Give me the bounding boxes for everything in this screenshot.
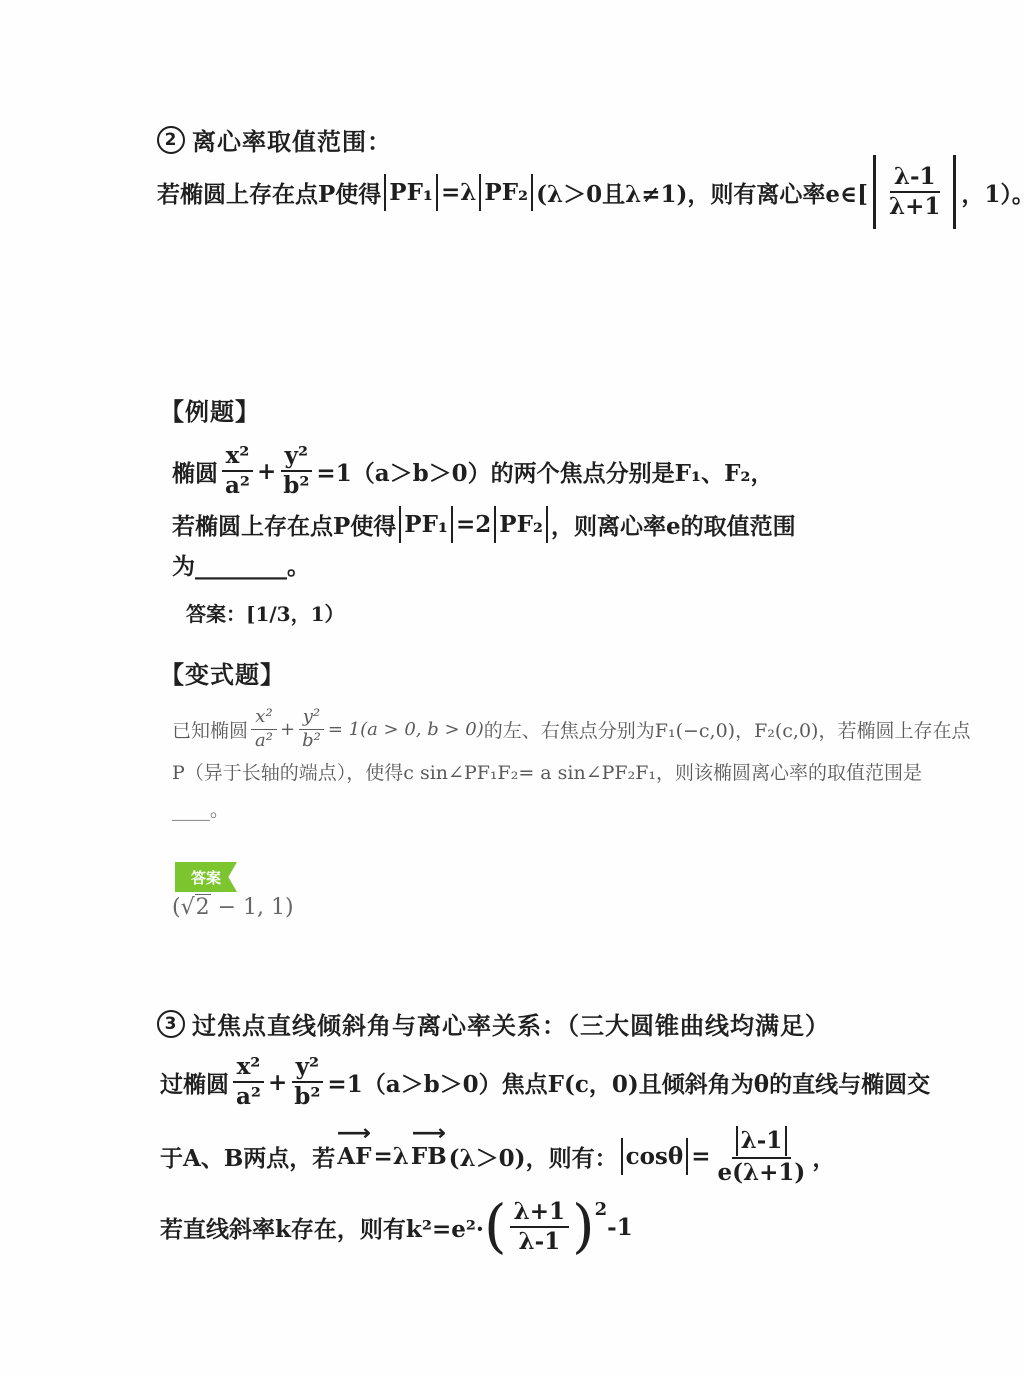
fraction-denominator: a² [251,730,277,751]
sqrt-radicand: 2 [195,894,211,920]
lambda-condition-text: (λ＞0且λ≠1)， [536,176,710,209]
vector-arrow-icon: ⟶ [337,1123,371,1145]
fraction-denominator: λ-1 [514,1228,564,1255]
lambda-fraction: λ+1 λ-1 [510,1199,569,1255]
abs-pf1: PF₁ [384,174,438,211]
range-tail-text: ，1）。 [961,176,1024,209]
fraction-numerator: λ-1 [732,1126,792,1159]
section-3-heading: 3 过焦点直线倾斜角与离心率关系：（三大圆锥曲线均满足） [157,1006,830,1041]
lambda-fraction: λ-1 λ+1 [885,164,944,220]
plus-sign: + [268,1069,287,1096]
fraction-denominator: a² [232,1083,265,1110]
fraction-numerator: x² [251,707,276,729]
fraction-denominator: a² [221,472,254,499]
document-page: 2 离心率取值范围： 若椭圆上存在点P使得 PF₁ =λ PF₂ (λ＞0且λ≠… [0,0,1024,1376]
focus-line-text: =1（a＞b＞0）焦点F(c，0)且倾斜角为θ的直线与椭圆交 [327,1066,930,1099]
variant-header: 【变式题】 [160,655,285,690]
variant-line-1: 已知椭圆 x² a² + y² b² = 1(a > 0, b > 0) 的左、… [172,700,970,758]
vector-af-base: AF [337,1143,371,1170]
answer-rest: − 1, 1) [218,895,294,920]
equals-sign: = [691,1143,710,1170]
y-fraction: y² b² [298,707,325,750]
formula-pre-text: 若椭圆上存在点P使得 [157,176,381,209]
known-ellipse-text: 已知椭圆 [172,716,248,743]
variant-line-2: P（异于长轴的端点），使得c sin∠PF₁F₂= a sin∠PF₂F₁，则该… [172,758,922,785]
fraction-denominator: λ+1 [885,193,944,220]
big-open-paren: ( [484,1205,507,1249]
fraction-denominator: e(λ+1) [714,1159,810,1186]
sqrt-symbol: √ [181,895,195,920]
slope-k-text: 若直线斜率k存在，则有k²=e²· [160,1211,484,1244]
two-points-text: 于A、B两点，若 [160,1140,335,1173]
abs-pf2: PF₂ [494,506,548,543]
fraction-denominator: b² [279,472,313,499]
fraction-numerator: x² [233,1054,265,1083]
answer-open-paren: ( [172,895,181,920]
example-line-2: 若椭圆上存在点P使得 PF₁ =2 PF₂ ，则离心率e的取值范围 [172,502,796,546]
example-answer: 答案：[1/3，1） [186,598,345,627]
fraction-numerator: λ+1 [510,1199,569,1228]
minus-one-text: -1 [607,1214,633,1241]
vector-arrow-icon: ⟶ [412,1123,446,1145]
y-fraction: y² b² [290,1054,324,1110]
big-close-paren: ) [572,1205,595,1249]
section-2-formula-line: 若椭圆上存在点P使得 PF₁ =λ PF₂ (λ＞0且λ≠1)， 则有离心率e∈… [157,148,1024,236]
through-ellipse-text: 过椭圆 [160,1066,229,1099]
answer-badge: 答案 [175,862,237,892]
abs-pf2: PF₂ [479,174,533,211]
section-3-line-3: 若直线斜率k存在，则有k²=e²· ( λ+1 λ-1 ) 2 -1 [160,1192,633,1262]
fraction-denominator: b² [290,1083,324,1110]
equation-condition: = 1(a > 0, b > 0) [328,719,484,740]
variant-blank-line: ____。 [172,795,229,822]
foci-description-text: 的左、右焦点分别为F₁(−c,0)，F₂(c,0)，若椭圆上存在点 [484,716,971,743]
fraction-numerator: x² [222,443,254,472]
example-line-1: 椭圆 x² a² + y² b² =1（a＞b＞0）的两个焦点分别是F₁、F₂， [172,435,774,507]
squared-exponent: 2 [595,1199,608,1220]
y-fraction: y² b² [279,443,313,499]
vector-af: ⟶ AF [337,1143,371,1170]
fraction-numerator: y² [299,707,324,729]
fraction-denominator: b² [298,730,325,751]
fraction-numerator: y² [292,1054,323,1083]
example-blank-line: 为________。 [172,548,310,581]
abs-lambda-minus-1: λ-1 [736,1126,788,1156]
section-3-line-1: 过椭圆 x² a² + y² b² =1（a＞b＞0）焦点F(c，0)且倾斜角为… [160,1045,930,1119]
x-fraction: x² a² [251,707,277,750]
fraction-numerator: y² [281,443,312,472]
foci-text: =1（a＞b＞0）的两个焦点分别是F₁、F₂， [316,455,773,488]
abs-pf1: PF₁ [399,506,453,543]
lambda-positive-text: (λ＞0)，则有： [449,1140,618,1173]
eccentricity-range-text: 则有离心率e∈[ [710,176,868,209]
section-3-title: 过焦点直线倾斜角与离心率关系：（三大圆锥曲线均满足） [192,1006,830,1041]
abs-fraction-wrapper: λ-1 λ+1 [873,155,956,229]
circled-number-3-icon: 3 [157,1010,185,1038]
section-3-line-2: 于A、B两点，若 ⟶ AF =λ ⟶ FB (λ＞0)，则有： cosθ = λ… [160,1118,835,1194]
plus-sign: + [280,719,295,740]
variant-answer: (√2 − 1, 1) [172,895,294,920]
range-question-text: ，则离心率e的取值范围 [551,508,796,541]
equals-lambda-text: =λ [441,179,476,206]
condition-pre-text: 若椭圆上存在点P使得 [172,508,396,541]
ellipse-label: 椭圆 [172,455,218,488]
vector-fb: ⟶ FB [411,1143,447,1170]
equals-lambda-text: =λ [373,1143,408,1170]
vector-fb-base: FB [411,1143,447,1170]
abs-cos-theta: cosθ [621,1138,689,1175]
equals-two-text: =2 [456,511,491,538]
example-header: 【例题】 [160,392,260,427]
x-fraction: x² a² [232,1054,265,1110]
fraction-numerator: λ-1 [890,164,940,193]
cos-theta-fraction: λ-1 e(λ+1) [714,1126,810,1186]
comma-text: ， [812,1140,835,1173]
plus-sign: + [257,458,276,485]
x-fraction: x² a² [221,443,254,499]
